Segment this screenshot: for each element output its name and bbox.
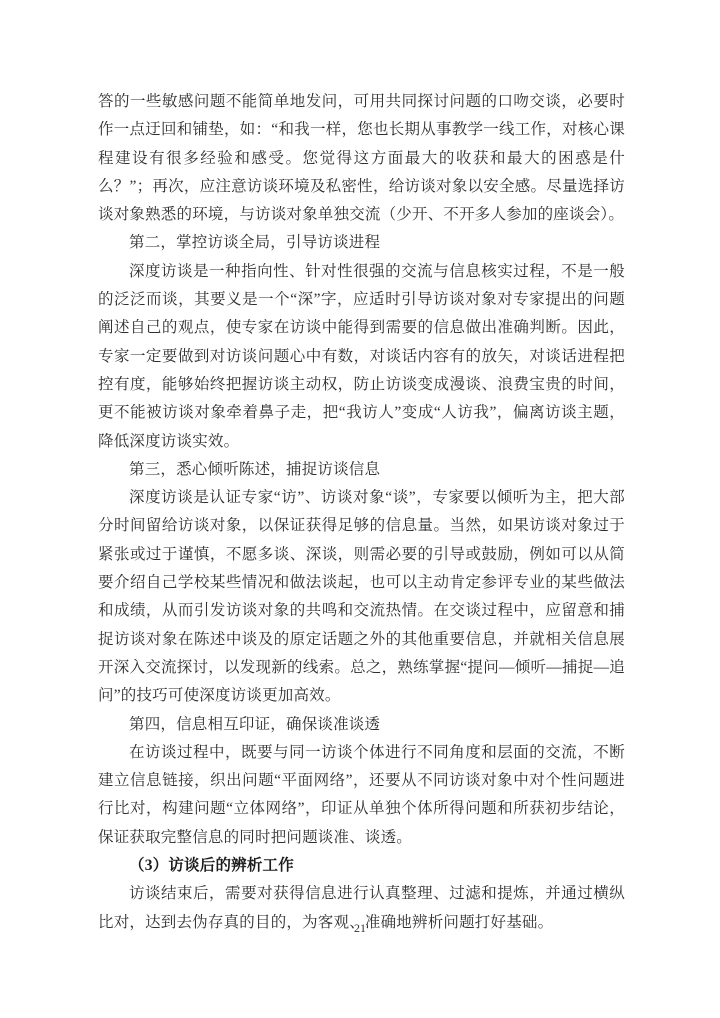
paragraph-information-cross-verification: 在访谈过程中，既要与同一访谈个体进行不同角度和层面的交流，不断建立信息链接，织出…: [98, 739, 625, 852]
paragraph-sensitive-questions-continued: 答的一些敏感问题不能简单地发问，可用共同探讨问题的口吻交谈，必要时作一点迂回和铺…: [98, 88, 625, 229]
subheading-section-3-listen-capture: 第三，悉心倾听陈述，捕捉访谈信息: [98, 456, 625, 484]
page-number: 21: [0, 921, 720, 936]
paragraph-listening-and-capturing-info: 深度访谈是认证专家“访”、访谈对象“谈”，专家要以倾听为主，把大部分时间留给访谈…: [98, 484, 625, 710]
subheading-section-4-cross-verify: 第四，信息相互印证，确保谈准谈透: [98, 711, 625, 739]
subheading-section-2-control-interview: 第二，掌控访谈全局，引导访谈进程: [98, 229, 625, 257]
document-page: 答的一些敏感问题不能简单地发问，可用共同探讨问题的口吻交谈，必要时作一点迂回和铺…: [0, 0, 720, 1018]
paragraph-depth-interview-direction: 深度访谈是一种指向性、针对性很强的交流与信息核实过程，不是一般的泛泛而谈，其要义…: [98, 258, 625, 456]
heading-post-interview-analysis: （3）访谈后的辨析工作: [98, 852, 625, 880]
text-block: 答的一些敏感问题不能简单地发问，可用共同探讨问题的口吻交谈，必要时作一点迂回和铺…: [98, 88, 625, 937]
